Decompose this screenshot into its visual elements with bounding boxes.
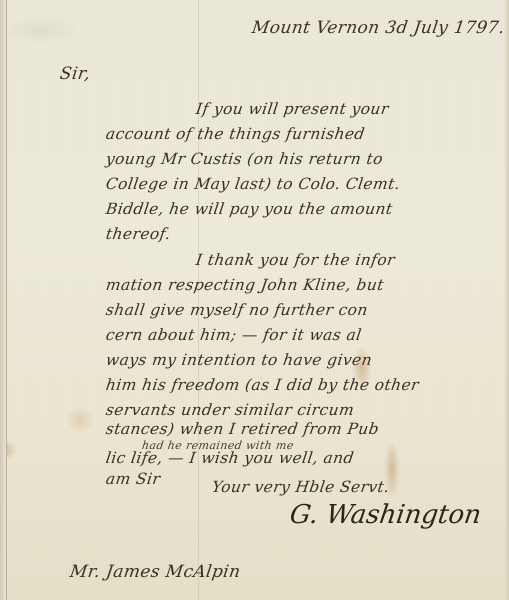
body-line: young Mr Custis (on his return to (105, 150, 384, 168)
body-line: stances) when I retired from Pub (105, 420, 381, 438)
body-line: lic life, — I wish you well, and (105, 449, 355, 467)
closing: Your very Hble Servt. (211, 478, 391, 496)
body-line: cern about him; — for it was al (105, 326, 363, 344)
body-line: If you will present your (195, 100, 390, 118)
dateline: Mount Vernon 3d July 1797. (251, 18, 506, 38)
body-line: thereof. (105, 225, 172, 243)
body-line: shall give myself no further con (105, 301, 369, 319)
body-line: College in May last) to Colo. Clemt. (105, 175, 402, 193)
paper-left-edge (0, 0, 7, 600)
body-line: I thank you for the infor (195, 251, 396, 269)
body-line: Biddle, he will pay you the amount (105, 200, 394, 218)
paper-right-edge (505, 0, 509, 600)
addressee: Mr. James McAlpin (69, 562, 242, 582)
body-line: am Sir (105, 470, 162, 488)
body-line: him his freedom (as I did by the other (105, 376, 420, 394)
signature: G. Washington (288, 500, 483, 530)
paper-fold-line (198, 0, 199, 600)
body-line: account of the things furnished (105, 125, 366, 143)
body-line: mation respecting John Kline, but (105, 276, 386, 294)
salutation: Sir, (59, 64, 92, 84)
body-line: servants under similar circum (105, 401, 356, 419)
body-line: ways my intention to have given (105, 351, 374, 369)
letter-page: Mount Vernon 3d July 1797. Sir, If you w… (0, 0, 509, 600)
